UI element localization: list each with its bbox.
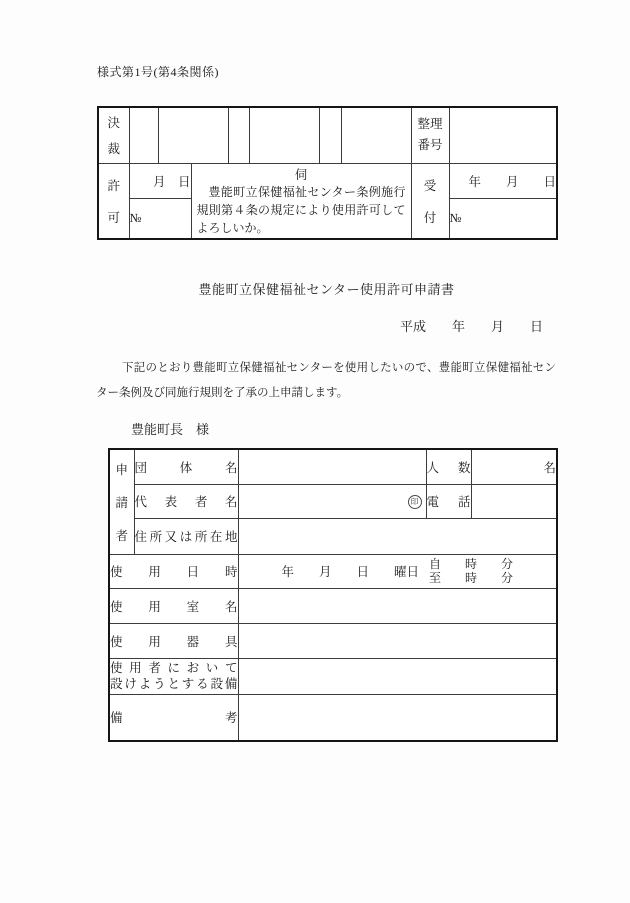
permit-label: 許可 [99, 176, 129, 226]
facilities-value-cell [238, 658, 557, 694]
body-paragraph: 下記のとおり豊能町立保健福祉センターを使用したいので、豊能町立保健福祉センター条… [96, 356, 556, 406]
stamp-cell [158, 107, 228, 163]
people-count-label: 人数 [427, 458, 471, 476]
phone-value-cell [471, 484, 557, 518]
facilities-label-line2: 設けようとする設備 [110, 676, 238, 692]
applicant-label: 申請者 [110, 460, 134, 544]
use-time-from: 自 時 分 [429, 557, 513, 571]
use-time-range: 自 時 分 至 時 分 [429, 557, 513, 585]
document-title: 豊能町立保健福祉センター使用許可申請書 [97, 279, 556, 298]
form-number: 様式第1号(第4条関係) [97, 63, 219, 80]
equipment-header-cell: 使用器具 [109, 623, 238, 658]
stamp-cell [341, 107, 411, 163]
receipt-number-cell: № [449, 198, 557, 239]
people-count-value-cell: 名 [471, 449, 557, 484]
equipment-label: 使用器具 [110, 632, 238, 650]
group-name-label: 団体名 [135, 458, 238, 476]
applicant-header-cell: 申請者 [109, 449, 134, 554]
use-datetime-label: 使用日時 [110, 562, 238, 580]
document-page: 様式第1号(第4条関係) 決裁 整理 番号 [0, 0, 630, 903]
application-table: 申請者 団体名 人数 名 代表者名 印 電話 住所又は所 [108, 448, 558, 742]
ref-number-header-cell: 整理 番号 [411, 107, 449, 163]
ref-number-value-cell [449, 107, 557, 163]
use-datetime-header-cell: 使用日時 [109, 554, 238, 588]
inquiry-cell: 伺 豊能町立保健福祉センター条例施行規則第４条の規定により使用許可してよろしいか… [191, 163, 411, 239]
use-time-to: 至 時 分 [429, 571, 513, 585]
receipt-date-cell: 年 月 日 [449, 163, 557, 198]
decision-label: 決裁 [99, 113, 129, 157]
stamp-date-cell [129, 107, 158, 163]
use-datetime-value-cell: 年 月 日 曜日 自 時 分 至 時 分 [238, 554, 557, 588]
remarks-value-cell [238, 694, 557, 741]
permit-number-cell: № [129, 198, 191, 239]
group-name-value-cell [238, 449, 426, 484]
address-header-cell: 住所又は所在地 [134, 518, 238, 554]
room-header-cell: 使用室名 [109, 588, 238, 623]
facilities-header-cell: 使用者において 設けようとする設備 [109, 658, 238, 694]
address-value-cell [238, 518, 557, 554]
date-line: 平成 年 月 日 [97, 316, 556, 335]
stamp-date-cell [228, 107, 249, 163]
permit-header-cell: 許可 [98, 163, 129, 239]
decision-header-cell: 決裁 [98, 107, 129, 163]
use-datetime-value: 年 月 日 曜日 自 時 分 至 時 分 [239, 557, 557, 585]
ref-number-label: 整理 番号 [412, 114, 449, 156]
room-label: 使用室名 [110, 597, 238, 615]
remarks-label: 備考 [110, 708, 238, 726]
approval-table: 決裁 整理 番号 許可 月 日 伺 豊能町立保健福祉センター条 [97, 106, 558, 240]
receipt-header-cell: 受付 [411, 163, 449, 239]
stamp-cell [249, 107, 319, 163]
inquiry-heading: 伺 [192, 167, 411, 183]
stamp-date-cell [319, 107, 341, 163]
seal-icon: 印 [408, 495, 422, 509]
phone-header-cell: 電話 [426, 484, 471, 518]
addressee: 豊能町長 様 [131, 419, 209, 438]
representative-label: 代表者名 [135, 492, 238, 510]
address-label: 住所又は所在地 [135, 527, 238, 545]
people-count-header-cell: 人数 [426, 449, 471, 484]
group-name-header-cell: 団体名 [134, 449, 238, 484]
room-value-cell [238, 588, 557, 623]
use-date-text: 年 月 日 曜日 [281, 562, 419, 580]
phone-label: 電話 [427, 492, 471, 510]
representative-header-cell: 代表者名 [134, 484, 238, 518]
inquiry-text: 豊能町立保健福祉センター条例施行規則第４条の規定により使用許可してよろしいか。 [192, 183, 411, 237]
facilities-label-line1: 使用者において [110, 660, 238, 676]
remarks-header-cell: 備考 [109, 694, 238, 741]
equipment-value-cell [238, 623, 557, 658]
representative-value-cell: 印 [238, 484, 426, 518]
receipt-label: 受付 [412, 176, 449, 226]
permit-date-cell: 月 日 [129, 163, 191, 198]
